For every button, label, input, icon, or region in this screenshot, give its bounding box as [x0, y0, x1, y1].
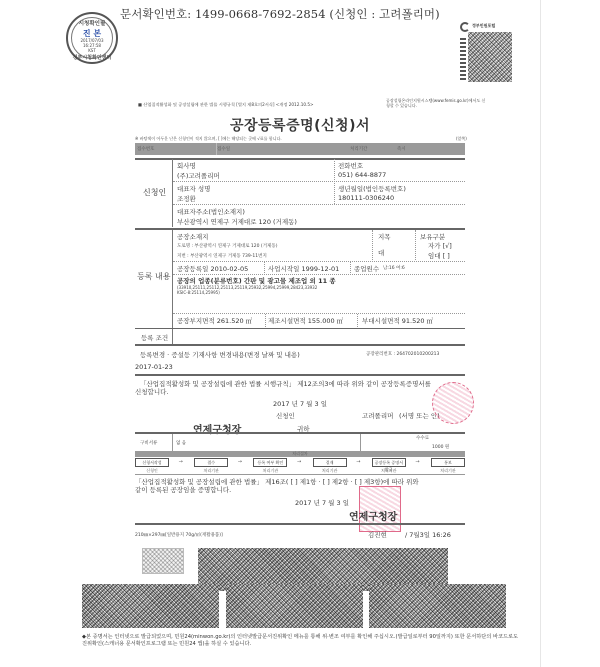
- changes-label: 등록변경 · 증설등 기재사항 변경내용(변경 날짜 및 내용): [140, 350, 300, 359]
- stamp-datetime: 2017/07/03 16:27:58 KST: [68, 38, 116, 53]
- phone-value: 051) 644-8877: [338, 171, 386, 179]
- procedure-flow: 신청서작성신청인→접수처리기관→등록 여부 확인처리기관→결재처리기관→공장등록…: [135, 458, 465, 474]
- procedure-step: 공장등록 증명서 발급: [372, 458, 406, 467]
- land-category-label: 지목: [378, 232, 391, 241]
- site-area: 공장부지면적 261.520 ㎡: [177, 316, 252, 325]
- address-value: 부산광역시 연제구 거제대로 120 (거제동): [177, 217, 297, 226]
- security-mark: [142, 548, 184, 574]
- road-address: 도로명 : 부산광역시 연제구 거제대로 120 (거제동): [177, 243, 277, 249]
- divider: [135, 344, 465, 346]
- application-statement-line-2: 신청합니다.: [135, 387, 168, 396]
- stamp-top-text: 시청확인필: [68, 19, 116, 27]
- form-title: 공장등록증명(신청)서: [0, 115, 600, 135]
- address-label: 대표자주소(법인소재지): [177, 207, 245, 216]
- divider: [172, 434, 173, 451]
- industry-codes-line-2: KSIC-8:25114,25995): [177, 290, 220, 295]
- ownership-own-checkbox: 자가 [√]: [428, 241, 452, 250]
- applicant-signature-label: 신청인: [276, 411, 295, 420]
- vertical-barcode: [460, 36, 466, 80]
- divider: [173, 274, 465, 275]
- divider: [350, 262, 351, 273]
- stamp-bottom-text: 정부시청확인센터: [68, 54, 116, 61]
- birth-label: 생년월일(법인등록번호): [338, 184, 406, 193]
- divider: [216, 143, 217, 155]
- factory-management-number: 공장관리번호 : 264702010200213: [366, 351, 439, 357]
- divider: [360, 434, 361, 451]
- qr-pattern: [468, 32, 512, 82]
- divider: [173, 313, 465, 314]
- page-side-note: (앞쪽): [456, 136, 467, 142]
- fee-label: 수수료: [416, 435, 429, 441]
- security-barcode-2: [226, 584, 363, 628]
- rep-name-label: 대표자 성명: [177, 184, 210, 193]
- authenticity-notice: ◆본 증명서는 인터넷으로 발급되었으며, 민원24(minwon.go.kr)…: [82, 634, 522, 648]
- application-date: 2017 년 7 월 3 일: [0, 399, 600, 408]
- company-name-label: 회사명: [177, 161, 196, 170]
- divider: [135, 474, 465, 475]
- paper-spec: 210㎜×297㎜[일반용지 70g/㎡(재활용품)]: [135, 532, 223, 538]
- verification-stamp: 시청확인필 진 본 2017/07/03 16:27:58 KST 정부시청확인…: [66, 12, 118, 64]
- employees-value: 남:16 여:6: [383, 265, 405, 271]
- employees-label: 종업원수: [354, 264, 379, 273]
- birth-value: 180111-0306240: [338, 194, 394, 202]
- applicant-section-label: 신청인: [143, 187, 166, 198]
- divider: [415, 230, 416, 260]
- fee-value: 1000 원: [432, 444, 449, 450]
- processing-period-label: 처리기간: [350, 146, 367, 152]
- divider: [173, 261, 465, 262]
- industry-type: 공장의 업종(분류번호) 간판 및 광고물 제조업 외 11 종: [177, 276, 336, 285]
- applicant-signature-name: 고려폴리머: [362, 411, 393, 420]
- issuing-officer: 김진현: [368, 530, 387, 539]
- procedure-step: 등록 여부 확인: [253, 458, 287, 467]
- ownership-lease-checkbox: 임대 [ ]: [428, 251, 450, 260]
- certification-date: 2017 년 7 월 3 일: [295, 498, 349, 507]
- law-reference: ■ 산업집적활성화 및 공장설립에 관한 법률 시행규칙 [별지 제8호의2서식…: [138, 102, 314, 108]
- rep-name-value: 조정환: [177, 194, 196, 203]
- divider: [173, 204, 465, 205]
- lot-address: 지번 : 부산광역시 연제구 거제동 739-11번지: [177, 253, 267, 259]
- divider: [357, 314, 358, 327]
- divider: [372, 230, 373, 260]
- arrow-right-icon: →: [356, 459, 360, 465]
- issue-timestamp: / 7월3일 16:26: [405, 530, 451, 539]
- security-barcode-3: [369, 584, 506, 628]
- change-date: 2017-01-23: [135, 363, 173, 371]
- manufacturing-area: 제조시설면적 155.000 ㎡: [268, 316, 343, 325]
- procedure-step: 접수: [194, 458, 228, 467]
- required-docs-value: 없 음: [176, 440, 186, 446]
- verification-qr-code: 정부민원포털: [460, 22, 512, 84]
- phone-label: 전화번호: [338, 161, 363, 170]
- divider: [264, 262, 265, 273]
- procedure-step: 결재: [313, 458, 347, 467]
- procedure-step: 통보: [431, 458, 465, 467]
- auxiliary-area: 부대시설면적 91.520 ㎡: [362, 316, 433, 325]
- ownership-label: 보유구분: [420, 232, 445, 241]
- divider: [135, 158, 465, 160]
- divider: [135, 328, 465, 329]
- security-barcode-1: [82, 584, 219, 628]
- arrow-right-icon: →: [179, 459, 183, 465]
- issuer: 연제구청장: [349, 508, 397, 523]
- processing-period-value: 즉시: [397, 146, 406, 152]
- application-statement-line-1: 「산업집적활성화 및 공장설립에 관한 법률 시행규칙」 제12조의3에 따라 …: [140, 379, 431, 388]
- stamp-tz: KST: [68, 48, 116, 53]
- company-seal: [432, 382, 474, 424]
- arrow-right-icon: →: [238, 459, 242, 465]
- company-name-value: (주)고려폴리머: [177, 171, 220, 180]
- portal-logo-icon: [460, 22, 470, 32]
- online-filing-note: 공장설립온라인지원시스템(www.femis.go.kr)에서도 신청할 수 있…: [386, 98, 486, 108]
- required-docs-label: 구비서류: [140, 440, 157, 446]
- procedure-header: 처리절차: [135, 451, 465, 457]
- divider: [172, 329, 173, 344]
- receipt-date-label: 접수일: [217, 146, 230, 152]
- divider: [173, 181, 465, 182]
- receipt-no-label: 접수번호: [137, 146, 154, 152]
- registration-section-label: 등록 내용: [137, 271, 170, 282]
- page-edge: [540, 0, 541, 667]
- receipt-header-row: 접수번호 접수일 처리기간 즉시: [135, 143, 465, 155]
- business-start-date: 사업시작일 1999-12-01: [268, 264, 339, 273]
- land-category-value: 대: [378, 248, 384, 257]
- arrow-right-icon: →: [297, 459, 301, 465]
- divider: [172, 159, 173, 227]
- certification-statement-line-2: 같이 등록된 공장임을 증명합니다.: [135, 485, 231, 494]
- divider: [334, 159, 335, 204]
- form-instructions: ※ 바탕색이 어두운 난은 신청인이 적지 않으며, [ ]에는 해당되는 곳에…: [135, 136, 282, 142]
- divider: [135, 432, 465, 434]
- procedure-step: 신청서작성: [135, 458, 169, 467]
- arrow-right-icon: →: [415, 459, 419, 465]
- factory-location-label: 공장소재지: [177, 232, 208, 241]
- document-confirmation-number: 문서확인번호: 1499-0668-7692-2854 (신청인 : 고려폴리머…: [120, 6, 440, 22]
- factory-registration-date: 공장등록일 2010-02-05: [177, 264, 248, 273]
- qr-label: 정부민원포털: [472, 23, 495, 29]
- conditions-label: 등록 조건: [141, 333, 168, 342]
- divider: [135, 523, 465, 525]
- divider: [265, 314, 266, 327]
- divider: [135, 374, 465, 376]
